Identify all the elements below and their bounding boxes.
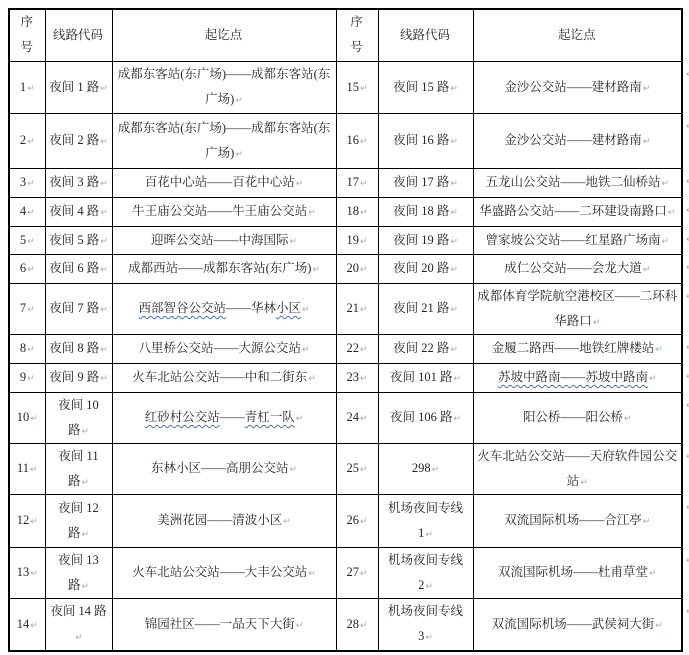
code-cell-text: 夜间 22 路 bbox=[393, 341, 449, 355]
seq-cell-text: 23 bbox=[346, 370, 359, 384]
seq-cell-text: 8 bbox=[20, 341, 26, 355]
code-cell: 夜间 101 路↵ bbox=[378, 363, 473, 392]
cell-end-mark: ↵ bbox=[450, 179, 458, 189]
seq-cell: 2↵ bbox=[9, 113, 45, 168]
cell-end-mark: ↵ bbox=[450, 237, 458, 247]
route-text: 成都西站——成都东客站(东广场) bbox=[128, 261, 311, 275]
code-cell-text: 夜间 2 路 bbox=[49, 133, 99, 147]
cell-end-mark: ↵ bbox=[308, 374, 316, 384]
cell-end-mark: ↵ bbox=[27, 345, 35, 355]
seq-header-label: 序号 bbox=[20, 10, 34, 60]
route-cell: 成都东客站(东广场)——成都东客站(东广场)↵ bbox=[112, 61, 336, 113]
seq-cell-text: 26 bbox=[346, 513, 359, 527]
seq-cell: 12↵ bbox=[9, 494, 45, 547]
table-header-row: 序号 线路代码 起讫点 序号 线路代码 起讫点 bbox=[9, 9, 689, 61]
route-text: 曾家坡公交站——红星路广场南 bbox=[485, 233, 660, 247]
seq-header-label: 序号 bbox=[350, 10, 364, 60]
cell-end-mark: ↵ bbox=[360, 305, 368, 315]
cell-end-mark: ↵ bbox=[302, 345, 310, 355]
route-cell: 八里桥公交站——大源公交站↵ bbox=[112, 334, 336, 363]
code-cell: 夜间 20 路↵ bbox=[378, 254, 473, 283]
route-text: 八里桥公交站——大源公交站 bbox=[138, 341, 301, 355]
cell-end-mark: ↵ bbox=[450, 265, 458, 275]
cell-end-mark: ↵ bbox=[30, 465, 38, 475]
code-cell: 夜间 4 路↵ bbox=[45, 197, 112, 226]
cell-end-mark: ↵ bbox=[450, 305, 458, 315]
cell-end-mark: ↵ bbox=[360, 345, 368, 355]
table-row: 7↵夜间 7 路↵西部智谷公交站——华林小区↵21↵夜间 21 路↵成都体育学院… bbox=[9, 283, 689, 334]
cell-end-mark: ↵ bbox=[450, 208, 458, 218]
code-cell-text: 夜间 18 路 bbox=[393, 204, 449, 218]
seq-cell-text: 15 bbox=[346, 80, 359, 94]
seq-cell-text: 20 bbox=[346, 261, 359, 275]
cell-end-mark: ↵ bbox=[425, 582, 433, 592]
row-end-cell: ↵ bbox=[682, 443, 689, 494]
cell-end-mark: ↵ bbox=[308, 569, 316, 579]
route-cell: 火车北站公交站——中和二街东↵ bbox=[112, 363, 336, 392]
seq-cell-text: 27 bbox=[346, 565, 359, 579]
route-cell: 金沙公交站——建材路南↵ bbox=[473, 61, 682, 113]
route-cell: 双流国际机场——杜甫草堂↵ bbox=[473, 547, 682, 598]
cell-end-mark: ↵ bbox=[283, 517, 291, 527]
seq-cell: 9↵ bbox=[9, 363, 45, 392]
cell-end-mark: ↵ bbox=[450, 345, 458, 355]
cell-end-mark: ↵ bbox=[360, 137, 368, 147]
seq-cell: 23↵ bbox=[336, 363, 378, 392]
cell-end-mark: ↵ bbox=[661, 179, 669, 189]
route-cell: 华盛路公交站——二环建设南路口↵ bbox=[473, 197, 682, 226]
code-header-cell: 线路代码 bbox=[378, 9, 473, 61]
seq-cell-text: 6 bbox=[20, 261, 26, 275]
seq-cell: 8↵ bbox=[9, 334, 45, 363]
seq-cell-text: 3 bbox=[20, 175, 26, 189]
table-row: 11↵夜间 11 路↵东林小区——高朋公交站↵25↵298↵火车北站公交站——天… bbox=[9, 443, 689, 494]
seq-cell: 20↵ bbox=[336, 254, 378, 283]
table-row: 3↵夜间 3 路↵百花中心站——百花中心站↵17↵夜间 17 路↵五龙山公交站—… bbox=[9, 168, 689, 197]
cell-end-mark: ↵ bbox=[360, 374, 368, 384]
route-cell: 金履二路西——地铁红牌楼站↵ bbox=[473, 334, 682, 363]
cell-end-mark: ↵ bbox=[100, 265, 108, 275]
route-cell: 阳公桥——阳公桥↵ bbox=[473, 392, 682, 443]
code-cell-text: 夜间 8 路 bbox=[49, 341, 99, 355]
code-cell-text: 夜间 106 路 bbox=[390, 410, 453, 424]
cell-end-mark: ↵ bbox=[425, 633, 433, 643]
route-text: 华盛路公交站——二环建设南路口 bbox=[479, 204, 667, 218]
cell-end-mark: ↵ bbox=[360, 237, 368, 247]
row-end-cell: ↵ bbox=[682, 392, 689, 443]
seq-cell: 13↵ bbox=[9, 547, 45, 598]
code-cell-text: 夜间 101 路 bbox=[390, 370, 453, 384]
seq-cell-text: 28 bbox=[346, 617, 359, 631]
route-text: 火车北站公交站——中和二街东 bbox=[132, 370, 307, 384]
code-cell-text: 夜间 14 路 bbox=[50, 604, 106, 618]
table-row: 8↵夜间 8 路↵八里桥公交站——大源公交站↵22↵夜间 22 路↵金履二路西—… bbox=[9, 334, 689, 363]
seq-cell: 16↵ bbox=[336, 113, 378, 168]
seq-cell: 28↵ bbox=[336, 598, 378, 651]
cell-end-mark: ↵ bbox=[100, 237, 108, 247]
seq-cell-text: 10 bbox=[17, 410, 30, 424]
route-cell: 五龙山公交站——地铁二仙桥站↵ bbox=[473, 168, 682, 197]
route-cell: 双流国际机场——合江亭↵ bbox=[473, 494, 682, 547]
code-cell-text: 夜间 12 路 bbox=[58, 501, 99, 540]
route-text: 迎晖公交站——中海国际 bbox=[151, 233, 289, 247]
code-cell: 夜间 16 路↵ bbox=[378, 113, 473, 168]
code-cell: 夜间 11 路↵ bbox=[45, 443, 112, 494]
code-cell: 夜间 9 路↵ bbox=[45, 363, 112, 392]
route-text: 阳公桥——阳公桥 bbox=[523, 410, 623, 424]
cell-end-mark: ↵ bbox=[27, 237, 35, 247]
row-end-cell: ↵ bbox=[682, 363, 689, 392]
code-cell: 夜间 10 路↵ bbox=[45, 392, 112, 443]
cell-end-mark: ↵ bbox=[649, 569, 657, 579]
route-cell: 苏坡中路南——苏坡中路南↵ bbox=[473, 363, 682, 392]
cell-end-mark: ↵ bbox=[655, 345, 663, 355]
route-text: 五龙山公交站——地铁二仙桥站 bbox=[485, 175, 660, 189]
route-text: —— bbox=[220, 410, 245, 424]
row-end-cell: ↵ bbox=[682, 547, 689, 598]
cell-end-mark: ↵ bbox=[296, 179, 304, 189]
row-end-cell: ↵ bbox=[682, 254, 689, 283]
route-text: 成都体育学院航空港校区——二环科华路口 bbox=[477, 289, 677, 328]
seq-cell: 6↵ bbox=[9, 254, 45, 283]
seq-cell-text: 21 bbox=[346, 301, 359, 315]
seq-cell-text: 1 bbox=[20, 80, 26, 94]
cell-end-mark: ↵ bbox=[27, 84, 35, 94]
cell-end-mark: ↵ bbox=[100, 305, 108, 315]
code-cell-text: 夜间 3 路 bbox=[49, 175, 99, 189]
cell-end-mark: ↵ bbox=[360, 517, 368, 527]
code-cell-text: 夜间 11 路 bbox=[58, 449, 98, 488]
cell-end-mark: ↵ bbox=[360, 208, 368, 218]
cell-end-mark: ↵ bbox=[360, 84, 368, 94]
cell-end-mark: ↵ bbox=[27, 305, 35, 315]
cell-end-mark: ↵ bbox=[360, 414, 368, 424]
row-end-cell: ↵ bbox=[682, 598, 689, 651]
cell-end-mark: ↵ bbox=[453, 374, 461, 384]
code-cell-text: 夜间 7 路 bbox=[49, 301, 99, 315]
cell-end-mark: ↵ bbox=[655, 621, 663, 631]
cell-end-mark: ↵ bbox=[450, 84, 458, 94]
seq-cell-text: 13 bbox=[17, 565, 30, 579]
cell-end-mark: ↵ bbox=[100, 84, 108, 94]
code-cell-text: 夜间 15 路 bbox=[393, 80, 449, 94]
code-cell: 机场夜间专线 1↵ bbox=[378, 494, 473, 547]
row-end-cell bbox=[682, 9, 689, 61]
route-text: 双流国际机场——武侯祠大街 bbox=[492, 617, 655, 631]
cell-end-mark: ↵ bbox=[81, 530, 89, 540]
row-end-cell: ↵ bbox=[682, 494, 689, 547]
code-cell-text: 夜间 21 路 bbox=[393, 301, 449, 315]
code-cell: 机场夜间专线 2↵ bbox=[378, 547, 473, 598]
row-end-cell: ↵ bbox=[682, 61, 689, 113]
row-end-cell: ↵ bbox=[682, 334, 689, 363]
table-row: 4↵夜间 4 路↵牛王庙公交站——牛王庙公交站↵18↵夜间 18 路↵华盛路公交… bbox=[9, 197, 689, 226]
route-cell: 火车北站公交站——大丰公交站↵ bbox=[112, 547, 336, 598]
code-cell: 夜间 7 路↵ bbox=[45, 283, 112, 334]
code-cell: 夜间 18 路↵ bbox=[378, 197, 473, 226]
row-end-cell: ↵ bbox=[682, 113, 689, 168]
code-cell: 夜间 8 路↵ bbox=[45, 334, 112, 363]
route-cell: 西部智谷公交站——华林小区↵ bbox=[112, 283, 336, 334]
seq-cell: 17↵ bbox=[336, 168, 378, 197]
seq-cell-text: 14 bbox=[17, 617, 30, 631]
route-header-cell: 起讫点 bbox=[473, 9, 682, 61]
cell-end-mark: ↵ bbox=[235, 96, 243, 106]
cell-end-mark: ↵ bbox=[81, 427, 89, 437]
seq-cell-text: 7 bbox=[20, 301, 26, 315]
code-cell: 298↵ bbox=[378, 443, 473, 494]
seq-cell: 14↵ bbox=[9, 598, 45, 651]
cell-end-mark: ↵ bbox=[593, 318, 601, 328]
code-cell: 夜间 13 路↵ bbox=[45, 547, 112, 598]
cell-end-mark: ↵ bbox=[302, 305, 310, 315]
route-text-spellcheck: 小区 bbox=[276, 301, 301, 315]
code-cell: 夜间 5 路↵ bbox=[45, 226, 112, 254]
cell-end-mark: ↵ bbox=[360, 621, 368, 631]
code-cell: 夜间 19 路↵ bbox=[378, 226, 473, 254]
seq-cell: 15↵ bbox=[336, 61, 378, 113]
seq-cell: 24↵ bbox=[336, 392, 378, 443]
table-row: 1↵夜间 1 路↵成都东客站(东广场)——成都东客站(东广场)↵15↵夜间 15… bbox=[9, 61, 689, 113]
seq-header-cell: 序号 bbox=[336, 9, 378, 61]
route-header-label: 起讫点 bbox=[205, 28, 243, 42]
route-text: 双流国际机场——杜甫草堂 bbox=[498, 565, 648, 579]
seq-cell-text: 16 bbox=[346, 133, 359, 147]
route-text: 成仁公交站——会龙大道 bbox=[504, 261, 642, 275]
route-cell: 百花中心站——百花中心站↵ bbox=[112, 168, 336, 197]
cell-end-mark: ↵ bbox=[27, 374, 35, 384]
seq-cell-text: 4 bbox=[20, 204, 26, 218]
seq-cell-text: 25 bbox=[346, 461, 359, 475]
table-row: 13↵夜间 13 路↵火车北站公交站——大丰公交站↵27↵机场夜间专线 2↵双流… bbox=[9, 547, 689, 598]
row-end-cell: ↵ bbox=[682, 226, 689, 254]
route-cell: 成都体育学院航空港校区——二环科华路口↵ bbox=[473, 283, 682, 334]
code-cell-text: 夜间 17 路 bbox=[393, 175, 449, 189]
route-cell: 迎晖公交站——中海国际↵ bbox=[112, 226, 336, 254]
code-cell: 夜间 12 路↵ bbox=[45, 494, 112, 547]
row-end-cell: ↵ bbox=[682, 197, 689, 226]
cell-end-mark: ↵ bbox=[289, 237, 297, 247]
code-header-cell: 线路代码 bbox=[45, 9, 112, 61]
route-cell: 成都西站——成都东客站(东广场)↵ bbox=[112, 254, 336, 283]
code-cell-text: 夜间 9 路 bbox=[49, 370, 99, 384]
cell-end-mark: ↵ bbox=[100, 179, 108, 189]
route-cell: 红砂村公交站——青杠一队↵ bbox=[112, 392, 336, 443]
code-cell-text: 夜间 20 路 bbox=[393, 261, 449, 275]
seq-cell: 10↵ bbox=[9, 392, 45, 443]
seq-cell: 19↵ bbox=[336, 226, 378, 254]
cell-end-mark: ↵ bbox=[30, 621, 38, 631]
code-cell-text: 夜间 19 路 bbox=[393, 233, 449, 247]
table-row: 9↵夜间 9 路↵火车北站公交站——中和二街东↵23↵夜间 101 路↵苏坡中路… bbox=[9, 363, 689, 392]
route-text: 金沙公交站——建材路南 bbox=[504, 80, 642, 94]
seq-cell: 26↵ bbox=[336, 494, 378, 547]
cell-end-mark: ↵ bbox=[30, 569, 38, 579]
route-cell: 双流国际机场——武侯祠大街↵ bbox=[473, 598, 682, 651]
cell-end-mark: ↵ bbox=[668, 208, 676, 218]
cell-end-mark: ↵ bbox=[643, 265, 651, 275]
code-cell-text: 夜间 1 路 bbox=[49, 80, 99, 94]
code-cell: 夜间 3 路↵ bbox=[45, 168, 112, 197]
code-cell: 夜间 22 路↵ bbox=[378, 334, 473, 363]
code-cell-text: 夜间 6 路 bbox=[49, 261, 99, 275]
cell-end-mark: ↵ bbox=[30, 517, 38, 527]
cell-end-mark: ↵ bbox=[235, 150, 243, 160]
cell-end-mark: ↵ bbox=[100, 137, 108, 147]
route-text: 金履二路西——地铁红牌楼站 bbox=[492, 341, 655, 355]
cell-end-mark: ↵ bbox=[580, 478, 588, 488]
seq-cell: 27↵ bbox=[336, 547, 378, 598]
cell-end-mark: ↵ bbox=[100, 208, 108, 218]
route-header-cell: 起讫点 bbox=[112, 9, 336, 61]
code-header-label: 线路代码 bbox=[400, 28, 450, 42]
bus-route-table: 序号 线路代码 起讫点 序号 线路代码 起讫点 1↵夜间 1 路↵成都东客站(东… bbox=[8, 8, 689, 652]
cell-end-mark: ↵ bbox=[100, 345, 108, 355]
code-cell: 夜间 2 路↵ bbox=[45, 113, 112, 168]
route-text-spellcheck: 苏坡中路南——苏坡中路南 bbox=[498, 370, 648, 384]
route-text: 牛王庙公交站——牛王庙公交站 bbox=[132, 204, 307, 218]
seq-cell: 4↵ bbox=[9, 197, 45, 226]
seq-cell: 7↵ bbox=[9, 283, 45, 334]
cell-end-mark: ↵ bbox=[360, 265, 368, 275]
route-text: 火车北站公交站——天府软件园公交站 bbox=[477, 449, 677, 488]
table-row: 12↵夜间 12 路↵美洲花园——清波小区↵26↵机场夜间专线 1↵双流国际机场… bbox=[9, 494, 689, 547]
seq-cell: 1↵ bbox=[9, 61, 45, 113]
route-text: 成都东客站(东广场)——成都东客站(东广场) bbox=[118, 121, 331, 160]
code-header-label: 线路代码 bbox=[53, 28, 103, 42]
cell-end-mark: ↵ bbox=[27, 265, 35, 275]
route-text: ——华林 bbox=[226, 301, 276, 315]
seq-cell: 18↵ bbox=[336, 197, 378, 226]
route-cell: 火车北站公交站——天府软件园公交站↵ bbox=[473, 443, 682, 494]
cell-end-mark: ↵ bbox=[624, 414, 632, 424]
cell-end-mark: ↵ bbox=[643, 84, 651, 94]
route-text: 双流国际机场——合江亭 bbox=[504, 513, 642, 527]
cell-end-mark: ↵ bbox=[649, 374, 657, 384]
cell-end-mark: ↵ bbox=[296, 414, 304, 424]
route-cell: 曾家坡公交站——红星路广场南↵ bbox=[473, 226, 682, 254]
row-end-cell: ↵ bbox=[682, 168, 689, 197]
cell-end-mark: ↵ bbox=[100, 374, 108, 384]
route-text: 火车北站公交站——大丰公交站 bbox=[132, 565, 307, 579]
cell-end-mark: ↵ bbox=[661, 237, 669, 247]
route-text: 百花中心站——百花中心站 bbox=[145, 175, 295, 189]
cell-end-mark: ↵ bbox=[30, 414, 38, 424]
cell-end-mark: ↵ bbox=[81, 582, 89, 592]
code-cell-text: 夜间 16 路 bbox=[393, 133, 449, 147]
seq-cell: 25↵ bbox=[336, 443, 378, 494]
seq-cell-text: 2 bbox=[20, 133, 26, 147]
cell-end-mark: ↵ bbox=[289, 465, 297, 475]
table-row: 5↵夜间 5 路↵迎晖公交站——中海国际↵19↵夜间 19 路↵曾家坡公交站——… bbox=[9, 226, 689, 254]
cell-end-mark: ↵ bbox=[81, 478, 89, 488]
code-cell-text: 夜间 10 路 bbox=[58, 398, 99, 437]
code-cell: 夜间 17 路↵ bbox=[378, 168, 473, 197]
route-cell: 成仁公交站——会龙大道↵ bbox=[473, 254, 682, 283]
cell-end-mark: ↵ bbox=[75, 633, 83, 643]
seq-cell-text: 5 bbox=[20, 233, 26, 247]
cell-end-mark: ↵ bbox=[308, 208, 316, 218]
code-cell-text: 夜间 5 路 bbox=[49, 233, 99, 247]
seq-cell: 21↵ bbox=[336, 283, 378, 334]
cell-end-mark: ↵ bbox=[360, 465, 368, 475]
cell-end-mark: ↵ bbox=[450, 137, 458, 147]
code-cell: 机场夜间专线 3↵ bbox=[378, 598, 473, 651]
route-text: 金沙公交站——建材路南 bbox=[504, 133, 642, 147]
seq-cell-text: 18 bbox=[346, 204, 359, 218]
route-cell: 锦园社区——一品天下大街↵ bbox=[112, 598, 336, 651]
seq-cell: 3↵ bbox=[9, 168, 45, 197]
route-text-spellcheck: 西部智谷公交站 bbox=[138, 301, 226, 315]
seq-header-cell: 序号 bbox=[9, 9, 45, 61]
table-row: 10↵夜间 10 路↵红砂村公交站——青杠一队↵24↵夜间 106 路↵阳公桥—… bbox=[9, 392, 689, 443]
cell-end-mark: ↵ bbox=[27, 137, 35, 147]
seq-cell-text: 12 bbox=[17, 513, 30, 527]
cell-end-mark: ↵ bbox=[453, 414, 461, 424]
table-row: 2↵夜间 2 路↵成都东客站(东广场)——成都东客站(东广场)↵16↵夜间 16… bbox=[9, 113, 689, 168]
seq-cell-text: 22 bbox=[346, 341, 359, 355]
table-row: 6↵夜间 6 路↵成都西站——成都东客站(东广场)↵20↵夜间 20 路↵成仁公… bbox=[9, 254, 689, 283]
cell-end-mark: ↵ bbox=[360, 179, 368, 189]
code-cell: 夜间 14 路↵ bbox=[45, 598, 112, 651]
route-cell: 金沙公交站——建材路南↵ bbox=[473, 113, 682, 168]
cell-end-mark: ↵ bbox=[312, 265, 320, 275]
document-page: 序号 线路代码 起讫点 序号 线路代码 起讫点 1↵夜间 1 路↵成都东客站(东… bbox=[0, 0, 689, 652]
row-end-cell: ↵ bbox=[682, 283, 689, 334]
seq-cell: 22↵ bbox=[336, 334, 378, 363]
seq-cell: 5↵ bbox=[9, 226, 45, 254]
cell-end-mark: ↵ bbox=[296, 621, 304, 631]
seq-cell-text: 19 bbox=[346, 233, 359, 247]
route-text: 东林小区——高朋公交站 bbox=[151, 461, 289, 475]
cell-end-mark: ↵ bbox=[643, 517, 651, 527]
cell-end-mark: ↵ bbox=[360, 569, 368, 579]
seq-cell-text: 11 bbox=[17, 461, 29, 475]
seq-cell-text: 24 bbox=[346, 410, 359, 424]
route-cell: 牛王庙公交站——牛王庙公交站↵ bbox=[112, 197, 336, 226]
code-cell: 夜间 1 路↵ bbox=[45, 61, 112, 113]
route-text-spellcheck: 红砂村公交站 bbox=[145, 410, 220, 424]
cell-end-mark: ↵ bbox=[432, 465, 440, 475]
seq-cell-text: 9 bbox=[20, 370, 26, 384]
code-cell: 夜间 106 路↵ bbox=[378, 392, 473, 443]
route-cell: 美洲花园——清波小区↵ bbox=[112, 494, 336, 547]
code-cell-text: 298 bbox=[412, 461, 431, 475]
route-text: 美洲花园——清波小区 bbox=[157, 513, 282, 527]
code-cell: 夜间 15 路↵ bbox=[378, 61, 473, 113]
cell-end-mark: ↵ bbox=[643, 137, 651, 147]
route-text: 锦园社区——一品天下大街 bbox=[145, 617, 295, 631]
route-cell: 东林小区——高朋公交站↵ bbox=[112, 443, 336, 494]
route-cell: 成都东客站(东广场)——成都东客站(东广场)↵ bbox=[112, 113, 336, 168]
route-header-label: 起讫点 bbox=[558, 28, 596, 42]
seq-cell: 11↵ bbox=[9, 443, 45, 494]
code-cell-text: 夜间 4 路 bbox=[49, 204, 99, 218]
cell-end-mark: ↵ bbox=[27, 179, 35, 189]
code-cell: 夜间 6 路↵ bbox=[45, 254, 112, 283]
code-cell-text: 夜间 13 路 bbox=[58, 553, 99, 592]
route-text: 成都东客站(东广场)——成都东客站(东广场) bbox=[118, 67, 331, 106]
table-row: 14↵夜间 14 路↵锦园社区——一品天下大街↵28↵机场夜间专线 3↵双流国际… bbox=[9, 598, 689, 651]
route-text-spellcheck: 青杠一队 bbox=[245, 410, 295, 424]
seq-cell-text: 17 bbox=[346, 175, 359, 189]
cell-end-mark: ↵ bbox=[425, 530, 433, 540]
cell-end-mark: ↵ bbox=[27, 208, 35, 218]
code-cell: 夜间 21 路↵ bbox=[378, 283, 473, 334]
